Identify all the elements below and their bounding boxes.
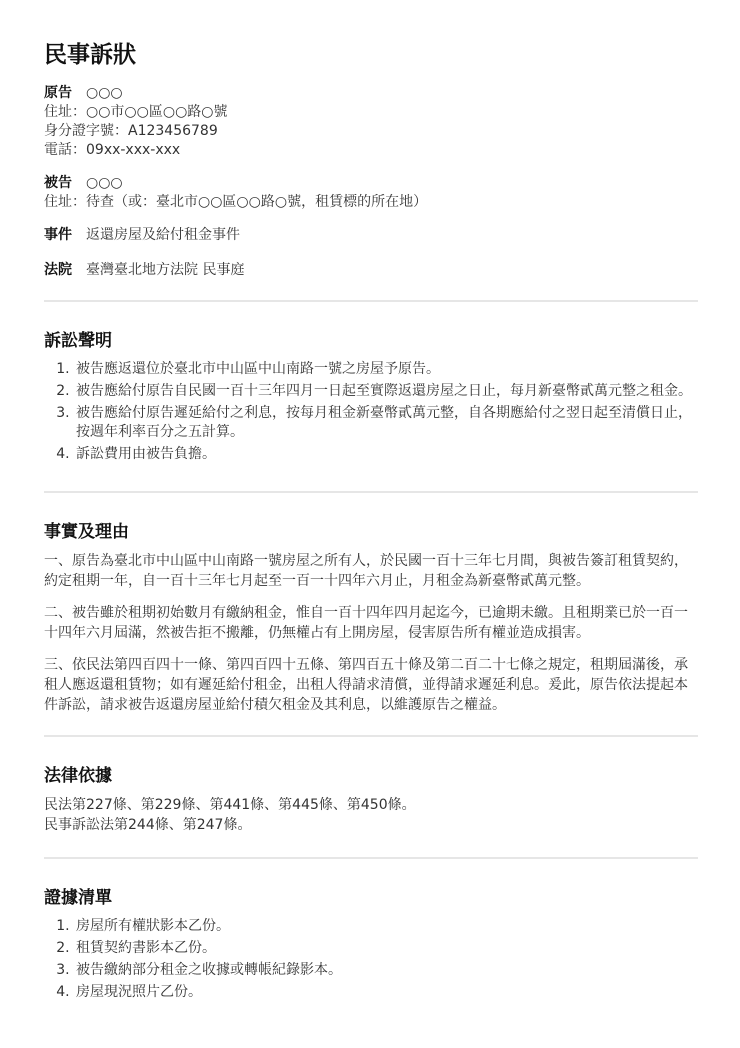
evidence-item: 房屋所有權狀影本乙份。 xyxy=(74,917,698,936)
facts-paragraph: 一、原告為臺北市中山區中山南路一號房屋之所有人，於民國一百十三年七月間，與被告簽… xyxy=(44,551,698,591)
case-value: 返還房屋及給付租金事件 xyxy=(86,227,240,243)
evidence-item: 被告繳納部分租金之收據或轉帳紀錄影本。 xyxy=(74,961,698,980)
court-line: 法院臺灣臺北地方法院 民事庭 xyxy=(44,261,698,280)
plaintiff-name: ○○○ xyxy=(86,85,123,101)
section-divider xyxy=(44,300,698,302)
defendant-address: 住址：待查（或：臺北市○○區○○路○號，租賃標的所在地） xyxy=(44,193,698,212)
claim-item: 被告應給付原告自民國一百十三年四月一日起至實際返還房屋之日止，每月新臺幣貳萬元整… xyxy=(74,382,698,401)
section-divider xyxy=(44,491,698,493)
evidence-section: 證據清單 房屋所有權狀影本乙份。 租賃契約書影本乙份。 被告繳納部分租金之收據或… xyxy=(44,887,698,1002)
section-divider xyxy=(44,857,698,859)
defendant-name: ○○○ xyxy=(86,175,123,191)
facts-section: 事實及理由 一、原告為臺北市中山區中山南路一號房屋之所有人，於民國一百十三年七月… xyxy=(44,521,698,715)
case-line: 事件返還房屋及給付租金事件 xyxy=(44,226,698,245)
document-title: 民事訴狀 xyxy=(44,40,698,70)
claims-heading: 訴訟聲明 xyxy=(44,330,698,352)
claim-item: 訴訟費用由被告負擔。 xyxy=(74,445,698,464)
defendant-block: 被告○○○ 住址：待查（或：臺北市○○區○○路○號，租賃標的所在地） xyxy=(44,174,698,212)
evidence-item: 租賃契約書影本乙份。 xyxy=(74,939,698,958)
plaintiff-phone: 電話：09xx-xxx-xxx xyxy=(44,141,698,160)
plaintiff-id-number: 身分證字號：A123456789 xyxy=(44,122,698,141)
facts-paragraph: 三、依民法第四百四十一條、第四百四十五條、第四百五十條及第二百二十七條之規定，租… xyxy=(44,655,698,715)
legal-basis-heading: 法律依據 xyxy=(44,765,698,787)
evidence-list: 房屋所有權狀影本乙份。 租賃契約書影本乙份。 被告繳納部分租金之收據或轉帳紀錄影… xyxy=(44,917,698,1002)
legal-basis-line: 民法第227條、第229條、第441條、第445條、第450條。 xyxy=(44,795,698,815)
evidence-heading: 證據清單 xyxy=(44,887,698,909)
defendant-label: 被告 xyxy=(44,175,72,191)
plaintiff-address: 住址：○○市○○區○○路○號 xyxy=(44,103,698,122)
legal-basis-section: 法律依據 民法第227條、第229條、第441條、第445條、第450條。 民事… xyxy=(44,765,698,835)
claim-item: 被告應給付原告遲延給付之利息，按每月租金新臺幣貳萬元整，自各期應給付之翌日起至清… xyxy=(74,404,698,442)
case-label: 事件 xyxy=(44,227,72,243)
evidence-item: 房屋現況照片乙份。 xyxy=(74,983,698,1002)
plaintiff-label: 原告 xyxy=(44,85,72,101)
section-divider xyxy=(44,735,698,737)
document-page: 民事訴狀 原告○○○ 住址：○○市○○區○○路○號 身分證字號：A1234567… xyxy=(0,0,740,1002)
claims-list: 被告應返還位於臺北市中山區中山南路一號之房屋予原告。 被告應給付原告自民國一百十… xyxy=(44,360,698,464)
facts-heading: 事實及理由 xyxy=(44,521,698,543)
plaintiff-block: 原告○○○ 住址：○○市○○區○○路○號 身分證字號：A123456789 電話… xyxy=(44,84,698,160)
court-label: 法院 xyxy=(44,262,72,278)
facts-paragraph: 二、被告雖於租期初始數月有繳納租金，惟自一百十四年四月起迄今，已逾期未繳。且租期… xyxy=(44,603,698,643)
legal-basis-line: 民事訴訟法第244條、第247條。 xyxy=(44,815,698,835)
claims-section: 訴訟聲明 被告應返還位於臺北市中山區中山南路一號之房屋予原告。 被告應給付原告自… xyxy=(44,330,698,469)
claim-item: 被告應返還位於臺北市中山區中山南路一號之房屋予原告。 xyxy=(74,360,698,379)
court-value: 臺灣臺北地方法院 民事庭 xyxy=(86,262,244,278)
